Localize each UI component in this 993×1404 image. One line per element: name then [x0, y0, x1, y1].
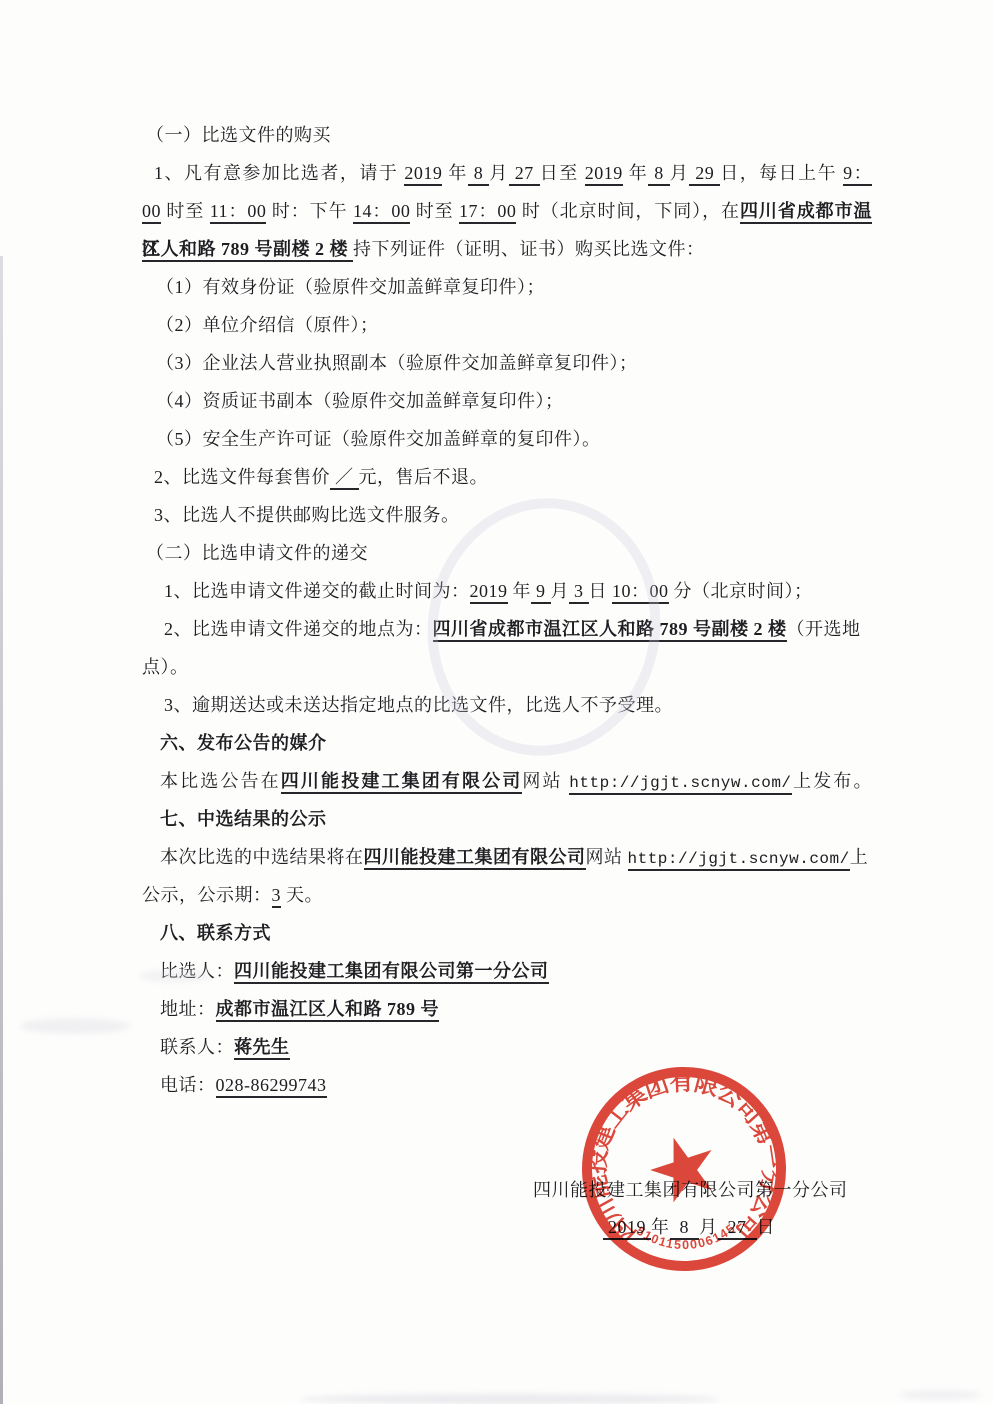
- text-segment: 区人和路 789 号副楼 2 楼: [142, 239, 353, 262]
- text-segment: 9：: [843, 163, 872, 186]
- text-segment: 联系人：: [160, 1037, 234, 1057]
- credential-item-4: （4）资质证书副本（验原件交加盖鲜章复印件）；: [142, 382, 872, 420]
- text-segment: 2019: [404, 163, 442, 186]
- credential-item-5: （5）安全生产许可证（验原件交加盖鲜章的复印件）。: [142, 420, 872, 458]
- text-segment: 日，每日上午: [720, 163, 843, 183]
- text-segment: 四川能投建工集团有限公司: [364, 847, 586, 870]
- text-segment: 27: [509, 163, 540, 186]
- text-segment: 年: [623, 163, 648, 183]
- text-segment: （开选地: [787, 619, 861, 639]
- text-segment: 3: [272, 885, 282, 908]
- purchase-terms-line-2: 00 时至 11：00 时：下午 14：00 时至 17：00 时（北京时间，下…: [142, 192, 872, 230]
- text-segment: 网站: [522, 771, 569, 791]
- star-icon: [643, 1128, 723, 1206]
- scan-smudge: [140, 970, 210, 982]
- text-segment: http://jgjt.scnyw.com/: [569, 774, 791, 795]
- text-segment: 网站: [586, 847, 628, 867]
- text-segment: 2、比选申请文件递交的地点为：: [164, 619, 433, 639]
- seal-graphic: 四川能投建工集团有限公司第一分公司 5101150006145: [571, 1056, 796, 1281]
- scan-edge-line: [0, 256, 3, 1404]
- text-segment: 00: [142, 201, 161, 224]
- text-segment: 时至: [410, 201, 459, 221]
- text-segment: 14：00: [353, 201, 410, 224]
- text-segment: 2、比选文件每套售价: [154, 467, 330, 487]
- scan-smudge: [300, 1394, 720, 1404]
- credential-item-2: （2）单位介绍信（原件）；: [142, 306, 872, 344]
- document-page: （一）比选文件的购买1、凡有意参加比选者，请于 2019 年 8 月 27 日至…: [0, 0, 993, 1404]
- text-segment: （二）比选申请文件的递交: [146, 543, 368, 563]
- contact-entity-line: 比选人：四川能投建工集团有限公司第一分公司: [142, 952, 872, 990]
- text-segment: 028-86299743: [216, 1075, 327, 1098]
- section-1-heading: （一）比选文件的购买: [142, 116, 872, 154]
- text-segment: 地址：: [160, 999, 216, 1019]
- text-segment: ／: [330, 467, 359, 490]
- section-7-heading: 七、中选结果的公示: [142, 800, 872, 838]
- text-segment: （2）单位介绍信（原件）；: [156, 315, 379, 335]
- text-segment: （1）有效身份证（验原件交加盖鲜章复印件）；: [156, 277, 545, 297]
- seal-code-arc-text: 5101150006145: [633, 1220, 739, 1254]
- text-segment: 本次比选的中选结果将在: [160, 847, 364, 867]
- official-seal: 四川能投建工集团有限公司第一分公司 5101150006145: [571, 1056, 796, 1281]
- purchase-terms-line-1: 1、凡有意参加比选者，请于 2019 年 8 月 27 日至 2019 年 8 …: [142, 154, 872, 192]
- text-segment: 3、比选人不提供邮购比选文件服务。: [154, 505, 460, 525]
- text-segment: 2019: [585, 163, 623, 186]
- text-segment: 四川能投建工集团有限公司: [281, 771, 523, 794]
- text-segment: 时：下午: [266, 201, 353, 221]
- credential-item-1: （1）有效身份证（验原件交加盖鲜章复印件）；: [142, 268, 872, 306]
- purchase-terms-line-3: 区人和路 789 号副楼 2 楼 持下列证件（证明、证书）购买比选文件：: [142, 230, 872, 268]
- text-segment: 元，售后不退。: [359, 467, 489, 487]
- text-segment: 上发布。: [792, 771, 873, 791]
- result-publicity-line-1: 本次比选的中选结果将在四川能投建工集团有限公司网站 http://jgjt.sc…: [142, 838, 872, 876]
- section-8-heading: 八、联系方式: [142, 914, 872, 952]
- text-segment: 11：00: [210, 201, 267, 224]
- text-segment: 本比选公告在: [160, 771, 281, 791]
- text-segment: 公示，公示期：: [142, 885, 272, 905]
- text-segment: （5）安全生产许可证（验原件交加盖鲜章的复印件）。: [156, 429, 601, 449]
- text-segment: 8: [648, 163, 669, 186]
- text-segment: 蒋先生: [234, 1037, 290, 1060]
- text-segment: 八、联系方式: [160, 923, 271, 943]
- credential-item-3: （3）企业法人营业执照副本（验原件交加盖鲜章复印件）；: [142, 344, 872, 382]
- text-segment: http://jgjt.scnyw.com/: [628, 850, 850, 871]
- text-segment: 成都市温江区人和路 789 号: [216, 999, 440, 1022]
- text-segment: 时（北京时间，下同），在: [516, 201, 740, 221]
- text-segment: 月: [670, 163, 690, 183]
- text-segment: 29: [689, 163, 720, 186]
- text-segment: （一）比选文件的购买: [146, 125, 331, 145]
- text-segment: （4）资质证书副本（验原件交加盖鲜章复印件）；: [156, 391, 564, 411]
- text-segment: 日至: [540, 163, 585, 183]
- announcement-media-line: 本比选公告在四川能投建工集团有限公司网站 http://jgjt.scnyw.c…: [142, 762, 872, 800]
- text-segment: 点）。: [142, 657, 189, 677]
- scan-smudge: [900, 1390, 980, 1400]
- text-segment: 时至: [161, 201, 210, 221]
- result-publicity-line-2: 公示，公示期：3 天。: [142, 876, 872, 914]
- text-segment: 17：00: [459, 201, 516, 224]
- text-segment: 七、中选结果的公示: [160, 809, 327, 829]
- text-segment: 月: [489, 163, 509, 183]
- text-segment: 1、比选申请文件递交的截止时间为：: [164, 581, 470, 601]
- text-segment: 电话：: [160, 1075, 216, 1095]
- text-segment: 年: [442, 163, 467, 183]
- text-segment: （3）企业法人营业执照副本（验原件交加盖鲜章复印件）；: [156, 353, 638, 373]
- text-segment: 四川能投建工集团有限公司第一分公司: [234, 961, 549, 984]
- text-segment: 1、凡有意参加比选者，请于: [154, 163, 404, 183]
- scan-smudge: [20, 1018, 130, 1034]
- price-line: 2、比选文件每套售价 ／ 元，售后不退。: [142, 458, 872, 496]
- text-segment: 持下列证件（证明、证书）购买比选文件：: [353, 239, 705, 259]
- text-segment: 8: [468, 163, 489, 186]
- text-segment: 分（北京时间）；: [669, 581, 813, 601]
- contact-address-line: 地址：成都市温江区人和路 789 号: [142, 990, 872, 1028]
- text-segment: 六、发布公告的媒介: [160, 733, 327, 753]
- text-segment: 天。: [281, 885, 323, 905]
- text-segment: 上: [850, 847, 869, 867]
